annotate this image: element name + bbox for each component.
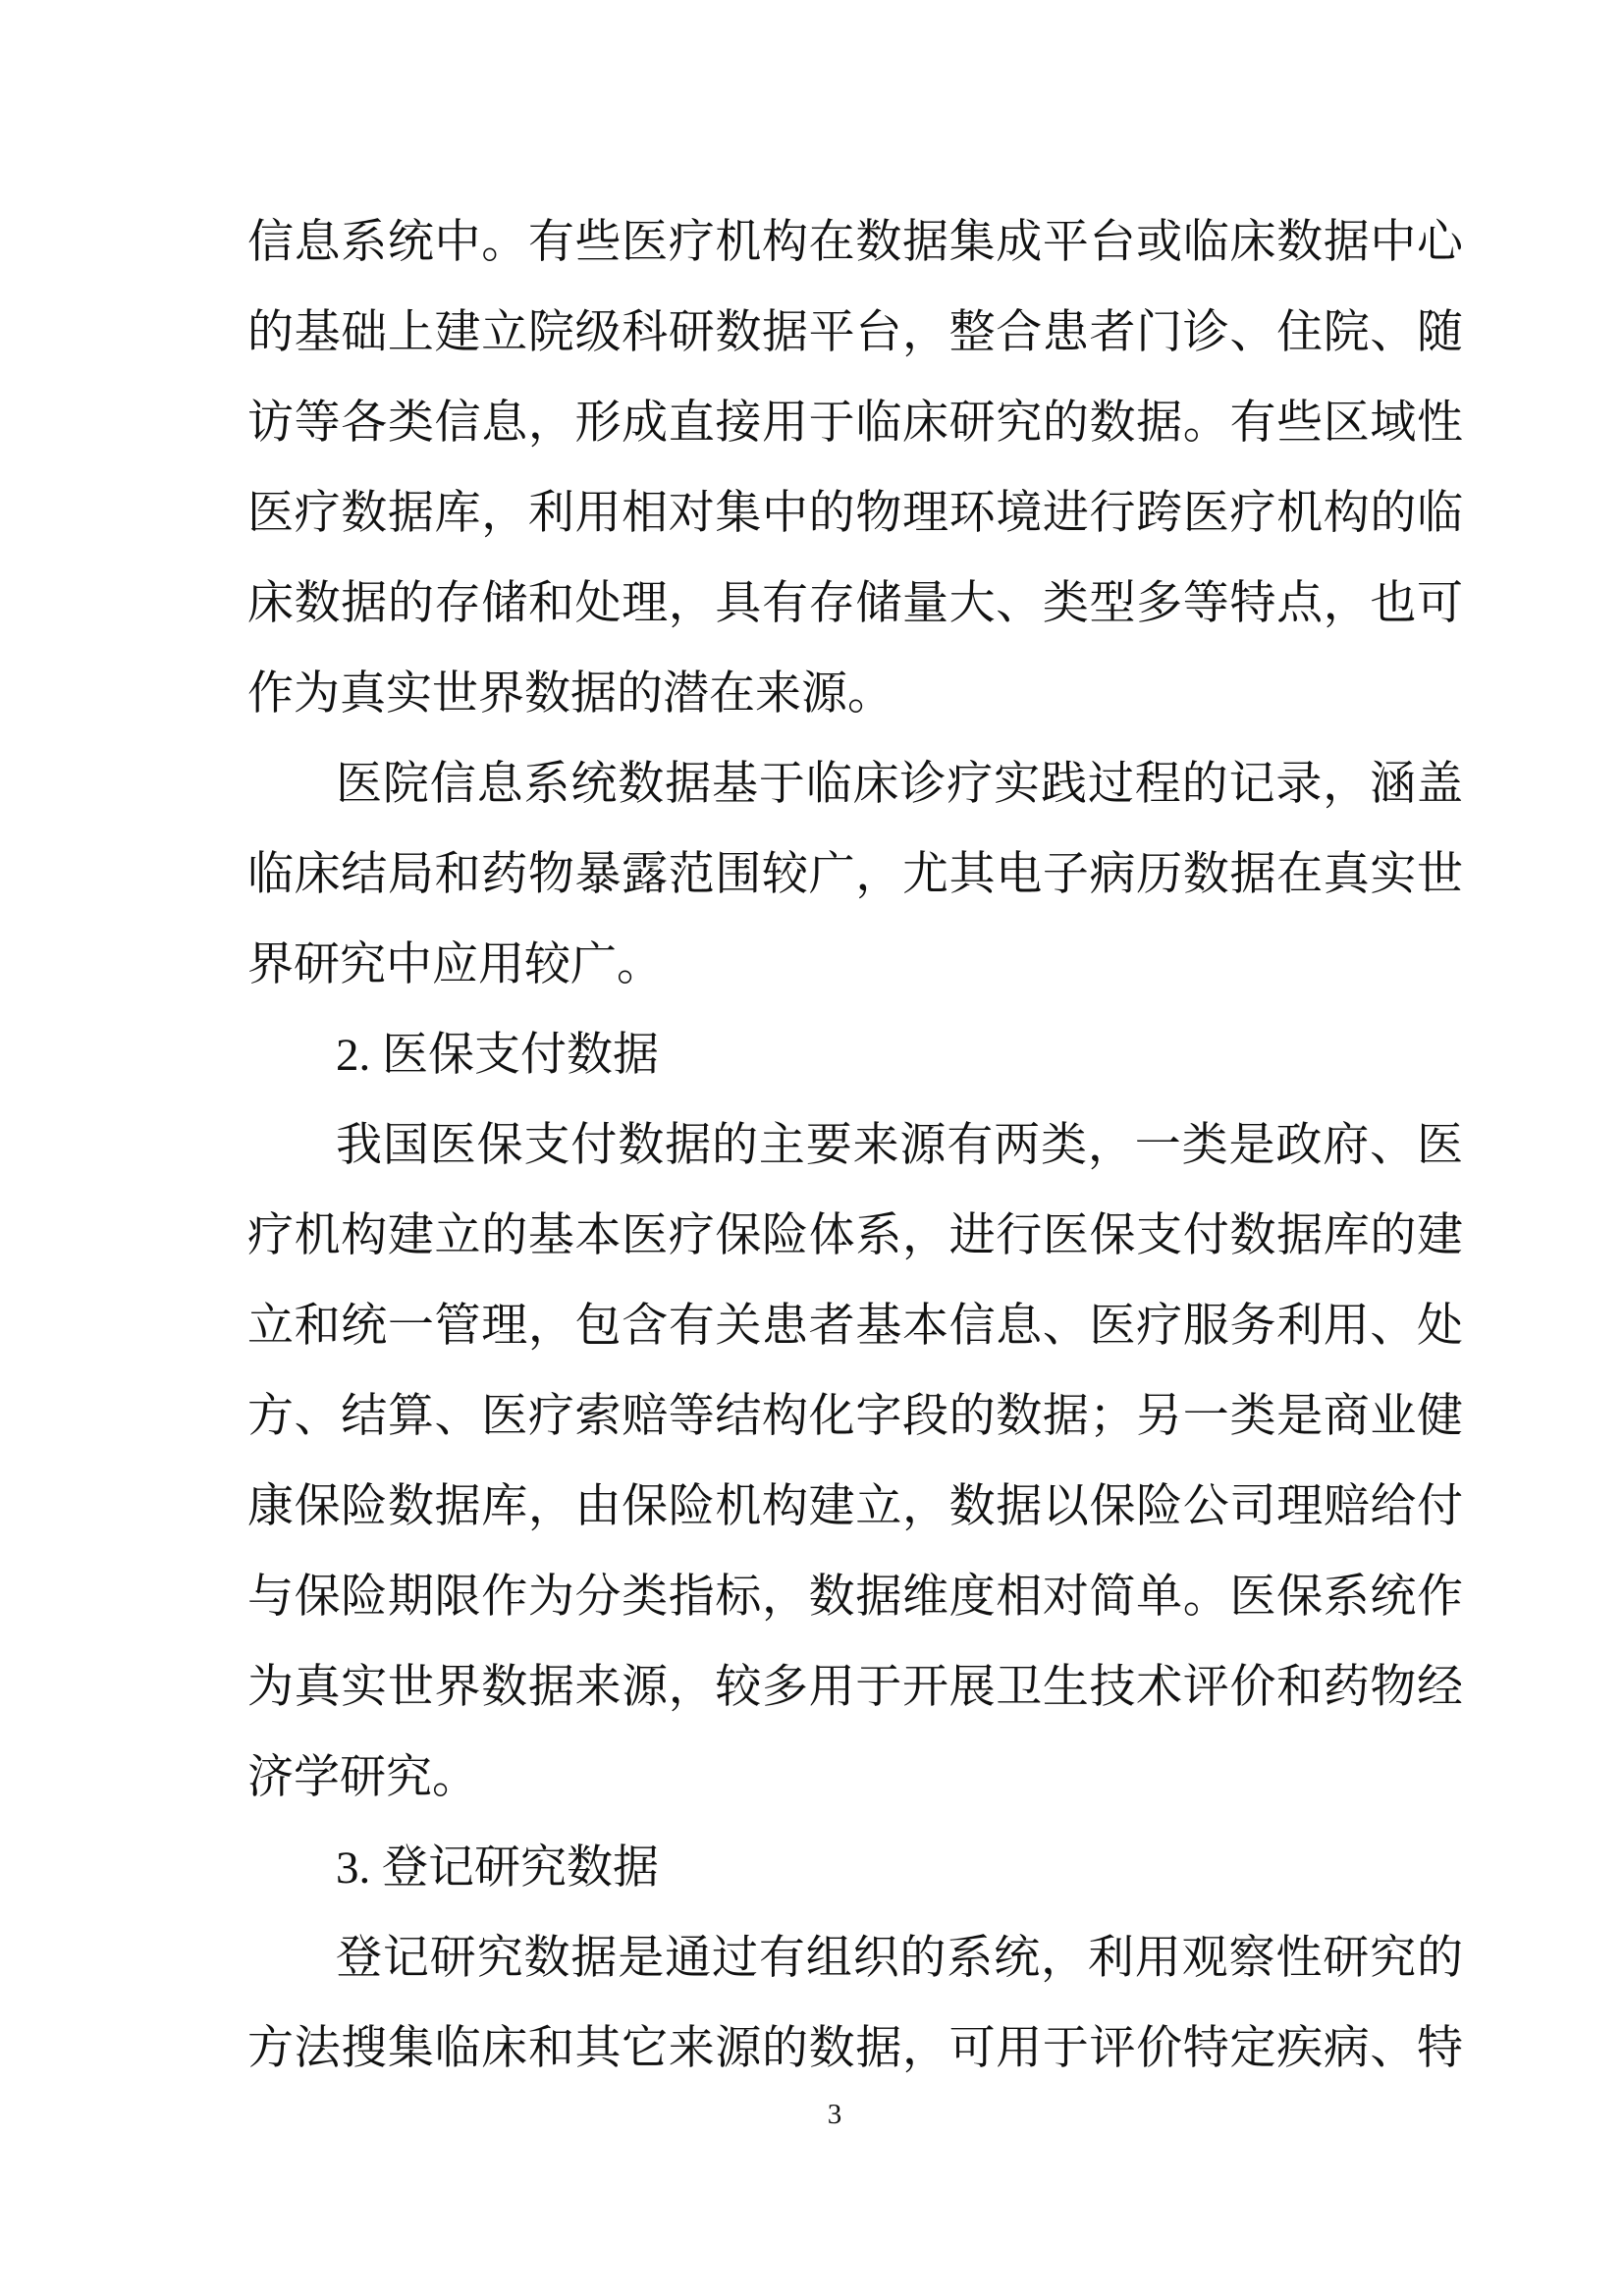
text-line: 济学研究。 — [247, 1733, 1463, 1823]
text-line: 的基础上建立院级科研数据平台，整合患者门诊、住院、随 — [247, 288, 1463, 378]
text-line: 床数据的存储和处理，具有存储量大、类型多等特点，也可 — [247, 559, 1463, 649]
text-line: 为真实世界数据来源，较多用于开展卫生技术评价和药物经 — [247, 1642, 1463, 1733]
text-line: 方法搜集临床和其它来源的数据，可用于评价特定疾病、特 — [247, 2003, 1463, 2094]
text-line: 疗机构建立的基本医疗保险体系，进行医保支付数据库的建 — [247, 1191, 1463, 1281]
text-line: 我国医保支付数据的主要来源有两类，一类是政府、医 — [247, 1100, 1463, 1191]
text-line: 方、结算、医疗索赔等结构化字段的数据；另一类是商业健 — [247, 1371, 1463, 1462]
text-line: 医院信息系统数据基于临床诊疗实践过程的记录，涵盖 — [247, 739, 1463, 829]
text-line: 立和统一管理，包含有关患者基本信息、医疗服务利用、处 — [247, 1281, 1463, 1371]
section-heading: 2. 医保支付数据 — [247, 1010, 1463, 1100]
text-line: 访等各类信息，形成直接用于临床研究的数据。有些区域性 — [247, 378, 1463, 468]
document-page: 信息系统中。有些医疗机构在数据集成平台或临床数据中心 的基础上建立院级科研数据平… — [0, 0, 1624, 2296]
page-number: 3 — [0, 2097, 1624, 2132]
text-line: 登记研究数据是通过有组织的系统，利用观察性研究的 — [247, 1913, 1463, 2003]
text-line: 作为真实世界数据的潜在来源。 — [247, 649, 1463, 739]
text-line: 信息系统中。有些医疗机构在数据集成平台或临床数据中心 — [247, 197, 1463, 288]
section-heading: 3. 登记研究数据 — [247, 1823, 1463, 1913]
text-line: 界研究中应用较广。 — [247, 920, 1463, 1010]
text-line: 与保险期限作为分类指标，数据维度相对简单。医保系统作 — [247, 1552, 1463, 1642]
text-line: 医疗数据库，利用相对集中的物理环境进行跨医疗机构的临 — [247, 468, 1463, 559]
document-text-block: 信息系统中。有些医疗机构在数据集成平台或临床数据中心 的基础上建立院级科研数据平… — [247, 197, 1463, 2094]
text-line: 临床结局和药物暴露范围较广，尤其电子病历数据在真实世 — [247, 829, 1463, 920]
text-line: 康保险数据库，由保险机构建立，数据以保险公司理赔给付 — [247, 1462, 1463, 1552]
